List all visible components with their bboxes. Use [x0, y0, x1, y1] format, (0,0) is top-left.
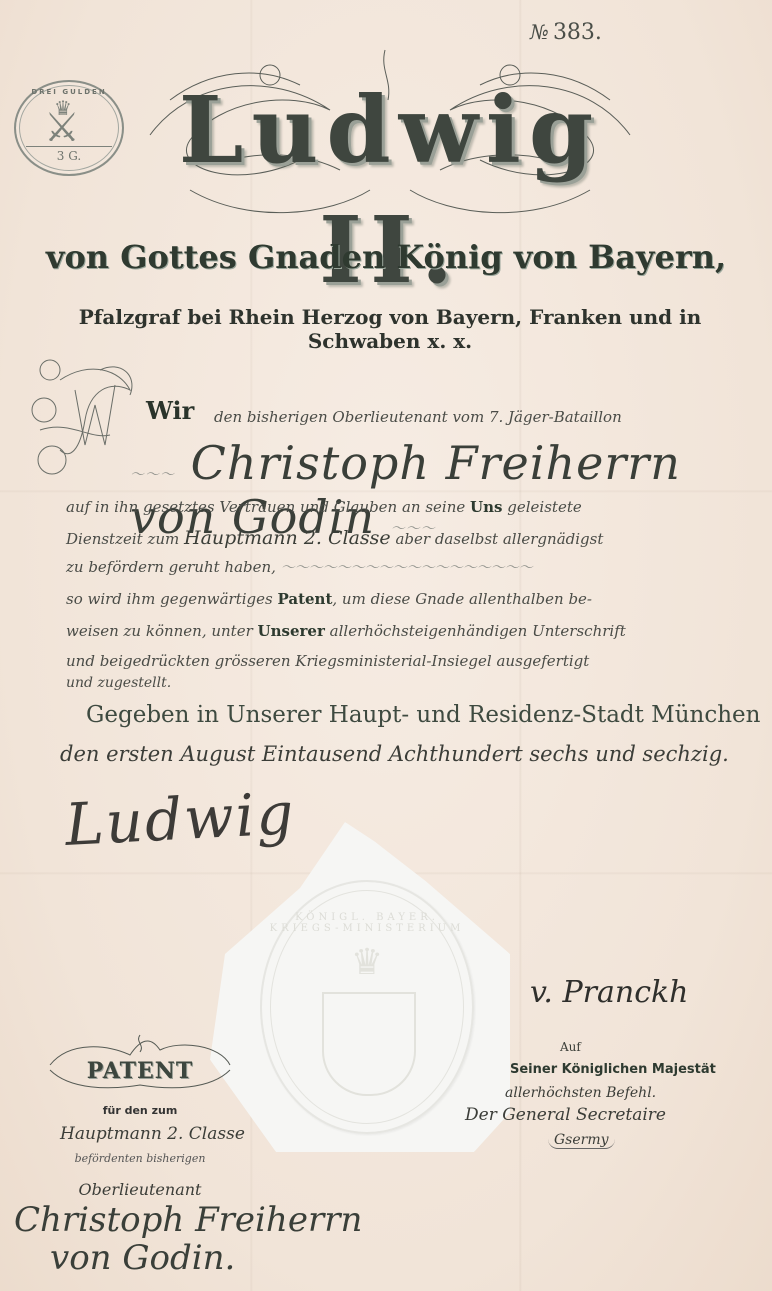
text-bold-patent: Patent: [277, 590, 332, 608]
filler-tilde: 〜〜〜: [130, 467, 175, 483]
docket-name-line-2: von Godin.: [50, 1238, 235, 1278]
docket-old-rank: Oberlieutenant: [60, 1180, 220, 1199]
docket-fuer: für den zum: [60, 1104, 220, 1117]
text: weisen zu können, unter: [66, 622, 253, 640]
body-line-3: Dienstzeit zum Hauptmann 2. Classe aber …: [66, 527, 603, 549]
countersign-command: allerhöchsten Befehl.: [505, 1085, 656, 1101]
text: geleistete: [507, 498, 581, 516]
secretary-signature: Gsermy: [548, 1132, 615, 1149]
filler-tilde: 〜〜〜〜〜〜〜〜〜〜〜〜〜〜〜〜〜〜: [281, 560, 533, 576]
wir-heading: Wir: [146, 396, 194, 425]
docket-befindlich: befördenten bisherigen: [60, 1152, 220, 1165]
king-signature: Ludwig: [63, 779, 297, 859]
body-line-2: auf in ihn gesetztes Vertrauen und Glaub…: [66, 498, 582, 516]
docket-title: PATENT: [65, 1058, 215, 1084]
ornamental-initial-w: [30, 350, 140, 480]
text: , um diese Gnade allenthalben be-: [332, 590, 592, 608]
coat-of-arms-icon: [322, 992, 416, 1096]
title-line-2: Pfalzgraf bei Rhein Herzog von Bayern, F…: [20, 305, 760, 353]
text: allerhöchsteigenhändigen Unterschrift: [330, 622, 626, 640]
body-line-1: den bisherigen Oberlieutenant vom 7. Jäg…: [214, 408, 622, 426]
secretary-title: Der General Secretaire: [465, 1105, 666, 1125]
place-given: Gegeben in Unserer Haupt- und Residenz-S…: [86, 702, 760, 728]
body-line-6: weisen zu können, unter Unserer allerhöc…: [66, 622, 626, 640]
crown-icon: ♛: [262, 942, 472, 983]
stamp-label: DREI GULDEN: [16, 88, 122, 96]
text: auf in ihn gesetztes Vertrauen und Glaub…: [66, 498, 465, 516]
countersign-auf: Auf: [560, 1040, 581, 1054]
countersign-majesty: Seiner Königlichen Majestät: [510, 1062, 716, 1077]
body-line-5: so wird ihm gegenwärtiges Patent, um die…: [66, 590, 592, 608]
seal-inscription: KÖNIGL. BAYER. KRIEGS-MINISTERIUM: [262, 912, 472, 934]
text: Dienstzeit zum: [66, 530, 179, 548]
body-line-8: und zugestellt.: [66, 675, 171, 691]
text-bold-unserer: Unserer: [258, 622, 325, 640]
crossed-swords-icon: ⚔: [44, 108, 80, 148]
docket-rank: Hauptmann 2. Classe: [60, 1124, 220, 1144]
embossed-seal: KÖNIGL. BAYER. KRIEGS-MINISTERIUM ♛: [260, 880, 474, 1134]
tax-stamp: DREI GULDEN ♛ ⚔ 3 G.: [14, 80, 124, 176]
title-line-1: von Gottes Gnaden König von Bayern,: [0, 238, 772, 276]
text: aber daselbst allergnädigst: [395, 530, 603, 548]
date-given: den ersten August Eintausend Achthundert…: [60, 742, 729, 766]
text-bold-uns: Uns: [470, 498, 502, 516]
text: so wird ihm gegenwärtiges: [66, 590, 273, 608]
body-line-4: zu befördern geruht haben, 〜〜〜〜〜〜〜〜〜〜〜〜〜…: [66, 557, 533, 577]
stamp-value: 3 G.: [16, 149, 122, 163]
stamp-divider: [26, 146, 112, 147]
minister-signature: v. Pranckh: [530, 975, 689, 1010]
rank-text: Hauptmann 2. Classe: [184, 527, 391, 549]
body-line-7: und beigedrückten grösseren Kriegsminist…: [66, 652, 589, 670]
docket-name-line-1: Christoph Freiherrn: [14, 1200, 362, 1240]
text: zu befördern geruht haben,: [66, 558, 276, 576]
